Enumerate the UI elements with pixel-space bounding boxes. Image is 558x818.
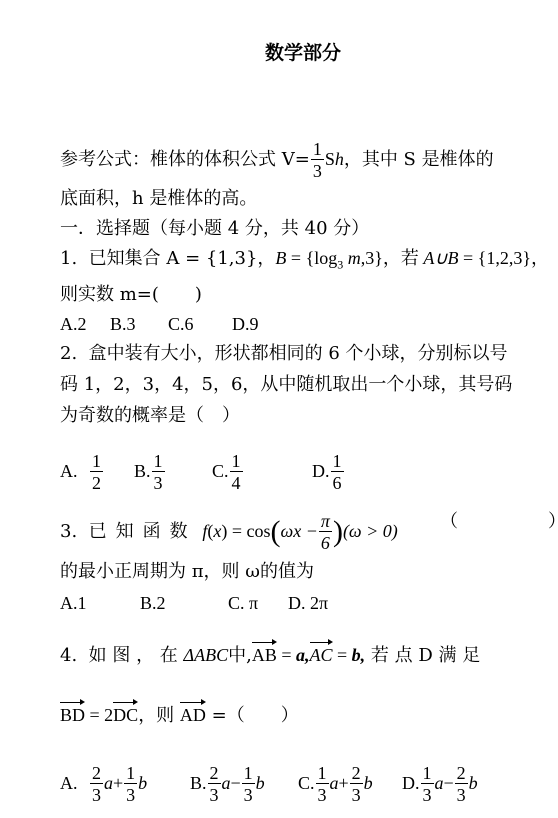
- question-number: 2.: [60, 343, 77, 364]
- var-a: a,: [296, 645, 310, 665]
- option-d[interactable]: D.9: [232, 314, 259, 334]
- vector-ab: AB: [252, 645, 277, 665]
- option-c[interactable]: C.6: [168, 314, 194, 334]
- question-1-line2: 则实数 m=( ): [60, 285, 202, 305]
- option-a[interactable]: A. 23a+13b: [60, 764, 147, 804]
- q1-union: A∪B: [423, 248, 458, 268]
- fraction-one-third: 13: [311, 140, 324, 180]
- q1-set-a: 已知集合 A = {1,3}，: [89, 248, 276, 269]
- vector-bd: BD: [60, 705, 85, 725]
- option-c[interactable]: C. π: [228, 593, 258, 613]
- option-b[interactable]: B.3: [110, 314, 136, 334]
- formula-prefix: 参考公式：椎体的体积公式 V=: [60, 149, 310, 170]
- var-h: h: [335, 149, 344, 169]
- page-title: 数学部分: [0, 38, 558, 65]
- question-3-line2: 的最小正周期为 π，则 ω的值为: [60, 562, 314, 582]
- q1-log: = {log: [286, 248, 337, 268]
- question-2: 2. 盒中装有大小，形状都相同的 6 个小球，分别标以号: [60, 344, 508, 364]
- formula-note-line2: 底面积，h 是椎体的高。: [60, 189, 257, 209]
- q3-intro: 已知函数: [89, 521, 197, 542]
- q1-var-m: m: [343, 248, 361, 268]
- option-c[interactable]: C.14: [212, 452, 244, 492]
- option-d[interactable]: D. 2π: [288, 593, 328, 613]
- var-b: b,: [352, 645, 366, 665]
- q3-cos: = cos: [227, 521, 270, 541]
- question-4-options: A. 23a+13b B.23a−13b C.13a+23b D.13a−23b: [60, 752, 520, 802]
- option-a[interactable]: A.1: [60, 593, 87, 613]
- option-b[interactable]: B.23a−13b: [190, 764, 265, 804]
- section-heading: 一．选择题（每小题 4 分，共 40 分）: [60, 219, 369, 239]
- q4-intro: 如 图 ， 在: [89, 645, 184, 666]
- vector-dc: DC: [113, 705, 138, 725]
- answer-blank: （ ）: [440, 512, 558, 532]
- q3-omega-x: ωx −: [281, 521, 318, 541]
- option-a[interactable]: A. 12: [60, 452, 104, 492]
- option-c[interactable]: C.13a+23b: [298, 764, 373, 804]
- option-b[interactable]: B.2: [140, 593, 166, 613]
- option-a[interactable]: A.2: [60, 314, 87, 334]
- question-3: 3. 已知函数 f(x) = cos(ωx −π6)(ω > 0) （ ）: [60, 512, 550, 552]
- var-S: S: [325, 149, 335, 169]
- question-number: 3.: [60, 521, 77, 542]
- question-2-line2: 码 1，2，3，4，5，6，从中随机取出一个小球，其号码: [60, 375, 512, 395]
- q1-union-result: = {1,2,3}，: [459, 248, 549, 268]
- formula-suffix: ，其中 S 是椎体的: [344, 149, 494, 170]
- option-d[interactable]: D.13a−23b: [402, 764, 478, 804]
- q1-set-b-end: ,3}，若: [361, 248, 424, 268]
- formula-note-line1: 参考公式：椎体的体积公式 V=13Sh，其中 S 是椎体的: [60, 140, 494, 180]
- option-d[interactable]: D.16: [312, 452, 345, 492]
- question-number: 1.: [60, 248, 77, 269]
- q4-condition: 若 点 D 满 足: [365, 645, 480, 666]
- question-2-options: A. 12 B.13 C.14 D.16: [60, 440, 380, 486]
- option-b[interactable]: B.13: [134, 452, 166, 492]
- question-1: 1. 已知集合 A = {1,3}，B = {log3 m,3}，若 A∪B =…: [60, 248, 549, 275]
- q2-line1: 盒中装有大小，形状都相同的 6 个小球，分别标以号: [89, 343, 508, 364]
- q4-triangle: ΔABC: [184, 645, 229, 665]
- question-2-line3: 为奇数的概率是（ ）: [60, 406, 240, 426]
- vector-ac: AC: [310, 645, 333, 665]
- question-4: 4. 如 图 ， 在 ΔABC中,AB = a,AC = b, 若 点 D 满 …: [60, 645, 480, 666]
- vector-ad: AD: [180, 705, 206, 725]
- question-4-line2: BD = 2DC，则 AD =（ ）: [60, 705, 299, 726]
- q3-condition: (ω > 0): [343, 521, 398, 541]
- question-number: 4.: [60, 645, 77, 666]
- q1-var-b: B: [275, 248, 286, 268]
